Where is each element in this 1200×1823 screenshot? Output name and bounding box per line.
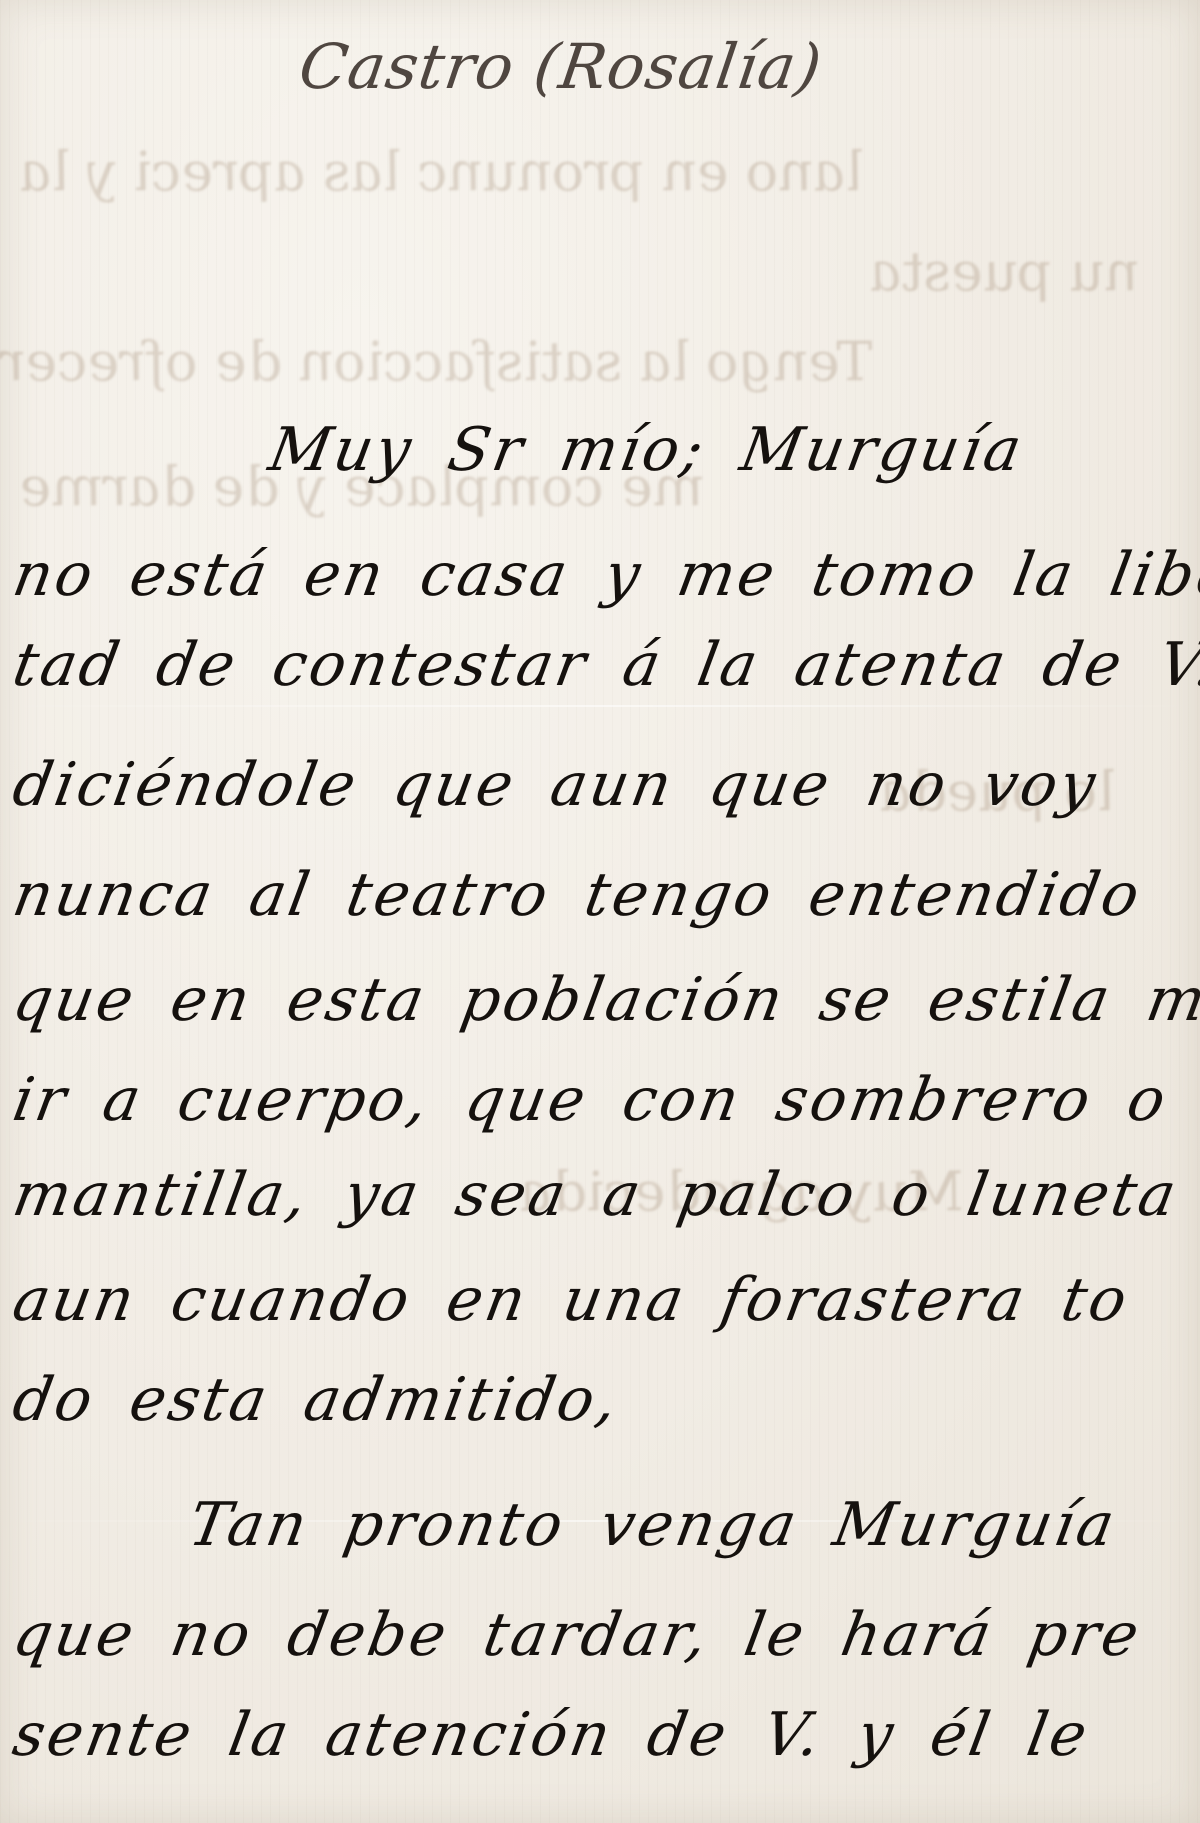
bleed-through-line: nu puesta: [864, 240, 1145, 303]
letter-line: tad de contestar á la atenta de V.,: [8, 630, 1200, 700]
letter-line: no está en casa y me tomo la liber: [8, 540, 1200, 610]
letter-line: mantilla, ya sea a palco o luneta: [8, 1160, 1184, 1230]
letter-page: lano en pronunc las apreci y la nu puest…: [0, 0, 1200, 1823]
letter-line: que no debe tardar, le hará pre: [8, 1600, 1147, 1670]
letter-line: do esta admitido,: [8, 1365, 625, 1435]
letter-line: aun cuando en una forastera to: [8, 1265, 1135, 1335]
letter-line-paragraph-start: Tan pronto venga Murguía: [184, 1490, 1122, 1560]
bleed-through-line: lano en pronunc las apreci y la: [14, 140, 868, 203]
paper-fold-crease: [0, 705, 1200, 707]
letter-line-greeting: Muy Sr mío; Murguía: [264, 415, 1030, 485]
letter-line: nunca al teatro tengo entendido: [8, 860, 1148, 930]
archive-heading: Castro (Rosalía): [295, 30, 827, 103]
bleed-through-line: Tengo la satisfaccion de ofrecer: [0, 330, 878, 393]
letter-line: sente la atención de V. y él le: [8, 1700, 1095, 1770]
letter-line: que en esta población se estila mas: [8, 965, 1200, 1035]
letter-line: diciéndole que aun que no voy: [8, 750, 1103, 820]
letter-line: ir a cuerpo, que con sombrero o: [8, 1065, 1174, 1135]
